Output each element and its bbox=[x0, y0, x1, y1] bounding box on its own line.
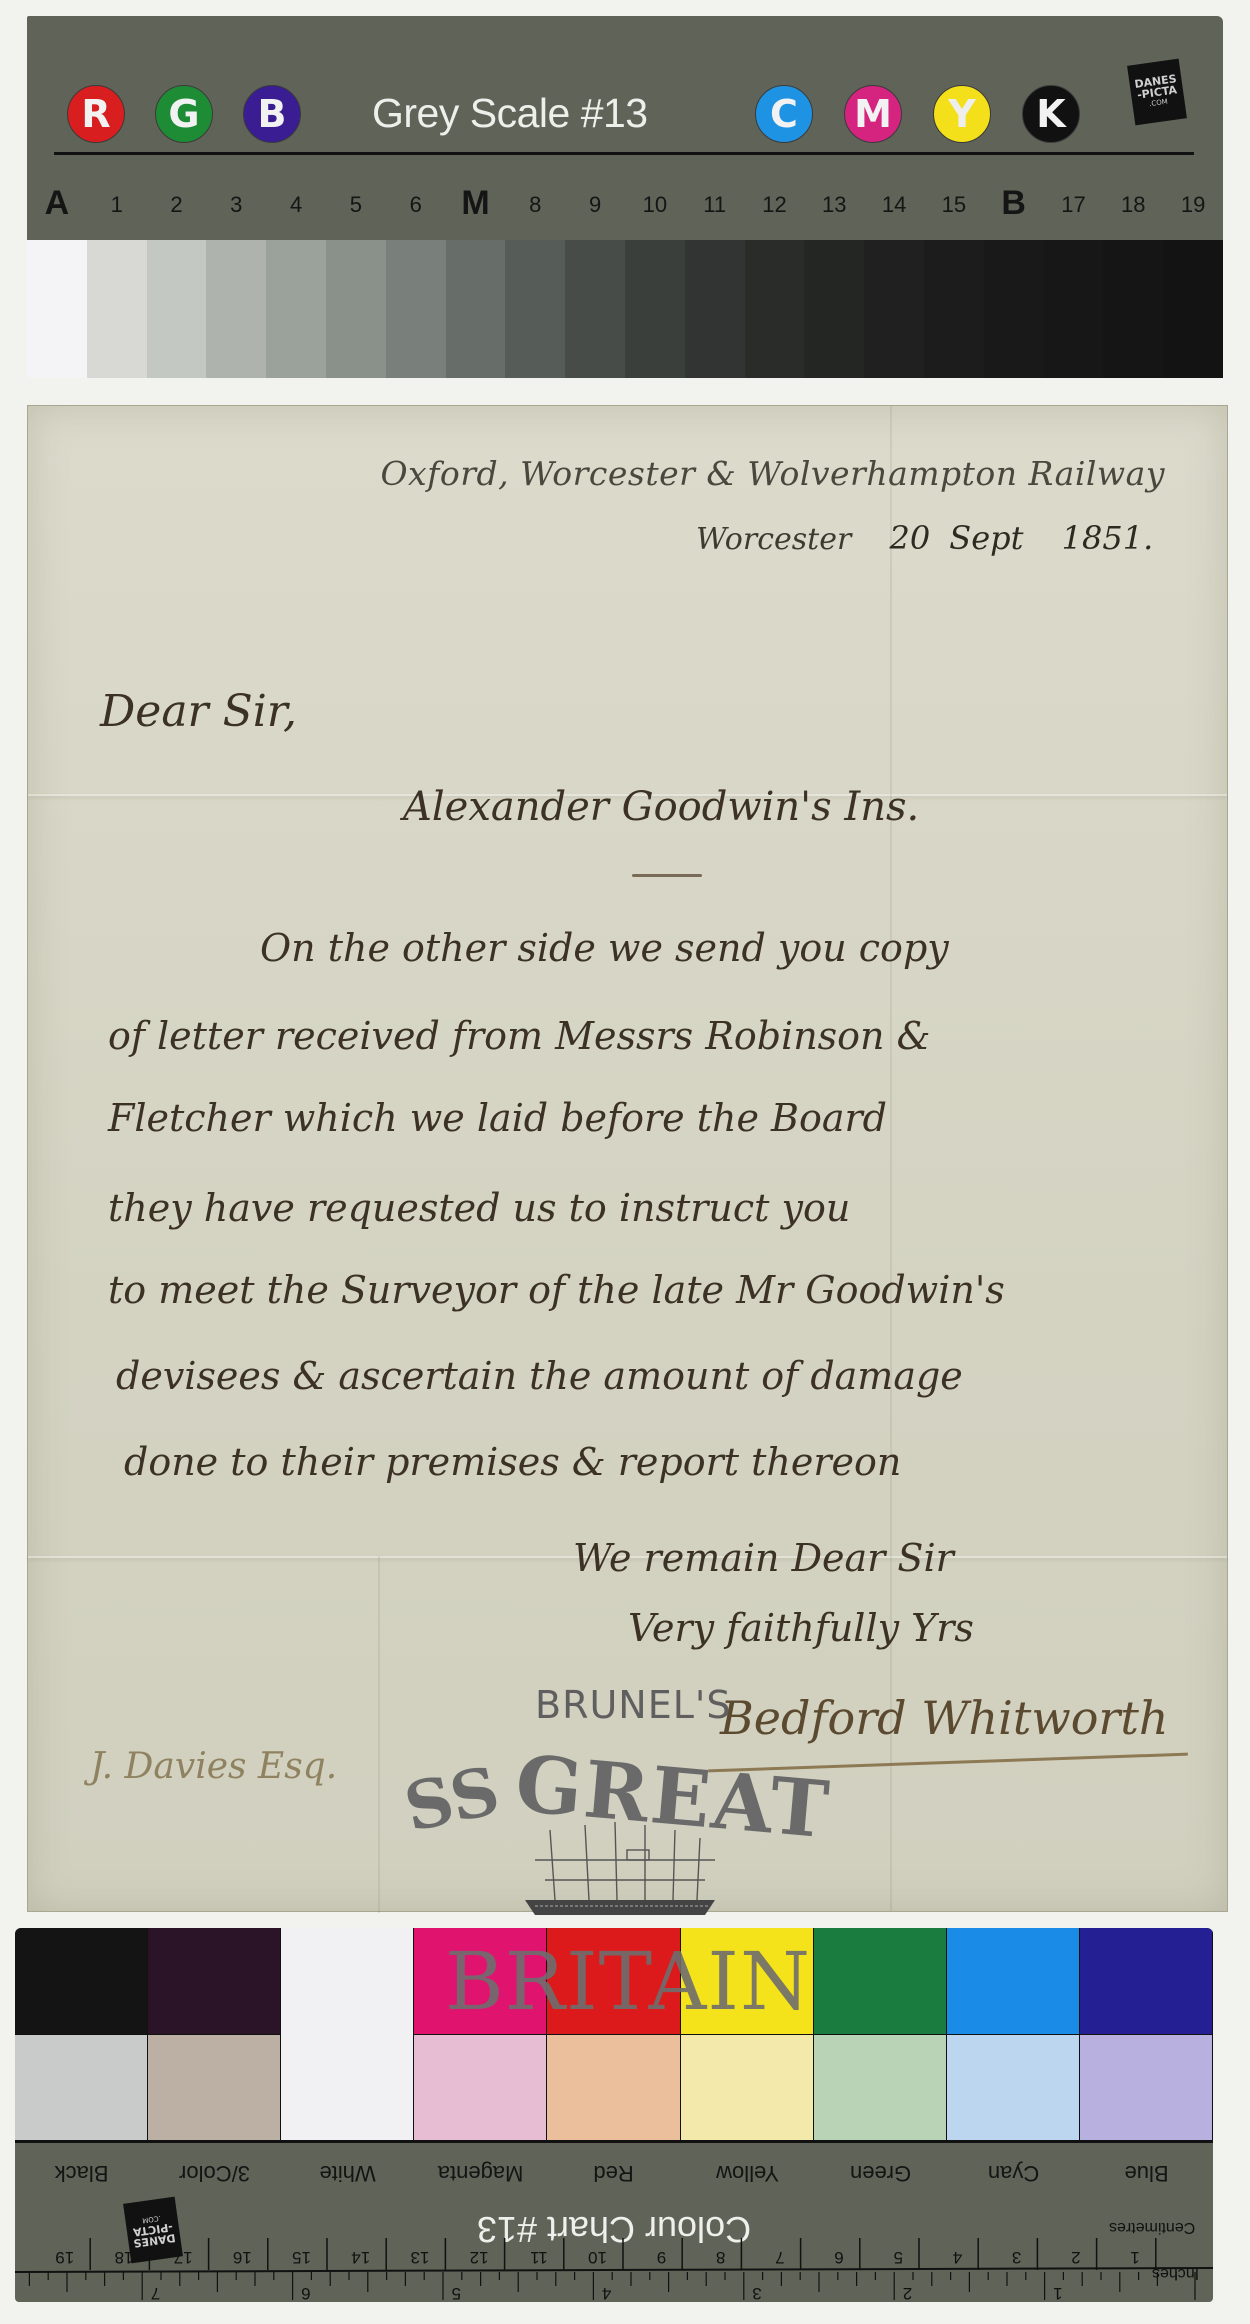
grey-scale-label: 19 bbox=[1181, 192, 1205, 218]
addressee: J. Davies Esq. bbox=[90, 1746, 337, 1787]
subject-underline bbox=[632, 874, 702, 877]
grey-scale-label: 8 bbox=[529, 192, 541, 218]
body-line: Fletcher which we laid before the Board bbox=[108, 1096, 887, 1140]
grey-swatch bbox=[1044, 240, 1104, 378]
closing-line: We remain Dear Sir bbox=[573, 1536, 954, 1580]
colour-swatch-black-solid bbox=[15, 1928, 148, 2035]
fold-crease bbox=[378, 1556, 380, 1913]
subject-line: Alexander Goodwin's Ins. bbox=[403, 784, 919, 830]
colour-swatch-red-tint bbox=[547, 2035, 680, 2142]
svg-text:11: 11 bbox=[530, 2248, 548, 2267]
grey-scale-label: 5 bbox=[350, 192, 362, 218]
cmyk-circle-m: M bbox=[844, 85, 902, 143]
colour-swatch-label: Red bbox=[547, 2146, 680, 2186]
svg-text:15: 15 bbox=[292, 2248, 311, 2267]
svg-text:3: 3 bbox=[1012, 2248, 1021, 2267]
grey-scale-label: 17 bbox=[1061, 192, 1085, 218]
svg-text:10: 10 bbox=[588, 2248, 607, 2267]
grey-swatch bbox=[625, 240, 685, 378]
svg-text:19: 19 bbox=[55, 2248, 74, 2267]
rgb-circle-b: B bbox=[243, 85, 301, 143]
watermark-brunels: BRUNEL'S bbox=[535, 1683, 731, 1727]
grey-scale-labels: A123456M89101112131415B171819 bbox=[27, 192, 1223, 242]
grey-swatch bbox=[864, 240, 924, 378]
letterhead: Oxford, Worcester & Wolverhampton Railwa… bbox=[380, 454, 1165, 493]
grey-scale-label: 11 bbox=[703, 192, 726, 218]
svg-text:16: 16 bbox=[233, 2248, 252, 2267]
date-day: 20 bbox=[889, 519, 930, 557]
body-line: devisees & ascertain the amount of damag… bbox=[116, 1354, 963, 1398]
svg-text:14: 14 bbox=[351, 2248, 370, 2267]
body-line: to meet the Surveyor of the late Mr Good… bbox=[108, 1268, 1005, 1312]
grey-swatch bbox=[147, 240, 207, 378]
colour-swatch-green-solid bbox=[814, 1928, 947, 2035]
grey-swatch bbox=[266, 240, 326, 378]
grey-scale-label: 6 bbox=[410, 192, 422, 218]
grey-scale-label: 3 bbox=[230, 192, 242, 218]
grey-swatch bbox=[27, 240, 87, 378]
svg-text:2: 2 bbox=[903, 2284, 912, 2302]
ship-icon bbox=[515, 1820, 725, 1920]
grey-swatch bbox=[1103, 240, 1163, 378]
grey-swatch bbox=[804, 240, 864, 378]
colour-swatch-label: Green bbox=[814, 2146, 947, 2186]
grey-swatch bbox=[386, 240, 446, 378]
grey-scale-label: 14 bbox=[882, 192, 906, 218]
grey-scale-label: M bbox=[461, 184, 489, 223]
colour-swatch-3-color-solid bbox=[148, 1928, 281, 2035]
grey-scale-title: Grey Scale #13 bbox=[372, 90, 648, 137]
grey-swatch bbox=[1163, 240, 1223, 378]
grey-swatch bbox=[206, 240, 266, 378]
grey-scale-strip bbox=[27, 240, 1223, 378]
colour-swatch-magenta-tint bbox=[414, 2035, 547, 2142]
colour-swatch-label: White bbox=[281, 2146, 414, 2186]
inches-label: Inches bbox=[1152, 2264, 1199, 2282]
colour-swatch-label: Black bbox=[15, 2146, 148, 2186]
colour-swatch-yellow-tint bbox=[681, 2035, 814, 2142]
grey-swatch bbox=[924, 240, 984, 378]
grey-swatch bbox=[685, 240, 745, 378]
grey-swatch bbox=[984, 240, 1044, 378]
grey-swatch bbox=[446, 240, 506, 378]
place: Worcester bbox=[696, 522, 851, 557]
grey-scale-label: B bbox=[1001, 184, 1026, 223]
colour-swatch-green-tint bbox=[814, 2035, 947, 2142]
divider-line bbox=[54, 152, 1194, 155]
body-line: done to their premises & report thereon bbox=[124, 1440, 901, 1484]
svg-text:6: 6 bbox=[301, 2284, 310, 2302]
date-month: Sept bbox=[949, 519, 1023, 557]
colour-swatch-label: Yellow bbox=[681, 2146, 814, 2186]
colour-swatch-black-tint bbox=[15, 2035, 148, 2142]
grey-scale-label: 10 bbox=[643, 192, 667, 218]
svg-text:8: 8 bbox=[716, 2248, 725, 2267]
colour-swatch-3-color-tint bbox=[148, 2035, 281, 2142]
colour-swatch-label: Cyan bbox=[947, 2146, 1080, 2186]
cmyk-circle-y: Y bbox=[933, 85, 991, 143]
grey-swatch bbox=[745, 240, 805, 378]
colour-swatch-blue-solid bbox=[1080, 1928, 1213, 2035]
grey-swatch bbox=[565, 240, 625, 378]
svg-text:17: 17 bbox=[174, 2248, 193, 2267]
svg-text:1: 1 bbox=[1053, 2284, 1062, 2302]
svg-text:4: 4 bbox=[602, 2284, 611, 2302]
signature: Bedford Whitworth bbox=[720, 1691, 1169, 1745]
body-line: of letter received from Messrs Robinson … bbox=[108, 1014, 930, 1058]
grey-scale-card: R G B Grey Scale #13 C M Y K DANES -PICT… bbox=[27, 16, 1223, 378]
svg-text:2: 2 bbox=[1071, 2248, 1080, 2267]
grey-scale-label: 4 bbox=[290, 192, 302, 218]
cmyk-circle-k: K bbox=[1022, 85, 1080, 143]
rgb-circle-g: G bbox=[155, 85, 213, 143]
date-year: 1851. bbox=[1062, 519, 1154, 557]
svg-text:5: 5 bbox=[894, 2248, 903, 2267]
colour-swatch-cyan-solid bbox=[947, 1928, 1080, 2035]
svg-text:6: 6 bbox=[834, 2248, 843, 2267]
dateline: Worcester 20 Sept 1851. bbox=[696, 519, 1153, 557]
svg-text:7: 7 bbox=[151, 2284, 160, 2302]
body-line: they have requested us to instruct you bbox=[108, 1186, 850, 1230]
grey-scale-label: A bbox=[45, 184, 70, 223]
svg-text:5: 5 bbox=[452, 2284, 461, 2302]
grey-scale-label: 1 bbox=[111, 192, 123, 218]
colour-swatch-label: Blue bbox=[1080, 2146, 1213, 2186]
colour-swatch-cyan-tint bbox=[947, 2035, 1080, 2142]
grey-scale-label: 9 bbox=[589, 192, 601, 218]
svg-text:3: 3 bbox=[752, 2284, 761, 2302]
salutation: Dear Sir, bbox=[100, 686, 297, 737]
svg-text:9: 9 bbox=[657, 2248, 666, 2267]
body-line: On the other side we send you copy bbox=[260, 926, 949, 970]
colour-swatch-labels: Black3/ColorWhiteMagentaRedYellowGreenCy… bbox=[15, 2146, 1213, 2186]
rgb-circle-r: R bbox=[67, 85, 125, 143]
svg-text:7: 7 bbox=[775, 2248, 784, 2267]
svg-text:4: 4 bbox=[953, 2248, 962, 2267]
grey-scale-label: 12 bbox=[762, 192, 786, 218]
grey-scale-label: 2 bbox=[170, 192, 182, 218]
colour-swatch-label: Magenta bbox=[414, 2146, 547, 2186]
svg-text:12: 12 bbox=[470, 2248, 489, 2267]
closing-line: Very faithfully Yrs bbox=[628, 1606, 974, 1650]
colour-swatch-label: 3/Color bbox=[148, 2146, 281, 2186]
centimetres-label: Centimetres bbox=[1109, 2218, 1195, 2236]
svg-text:13: 13 bbox=[410, 2248, 429, 2267]
watermark-britain: BRITAIN bbox=[445, 1935, 811, 2028]
grey-swatch bbox=[326, 240, 386, 378]
colour-swatch-white-solid bbox=[281, 1928, 414, 2141]
grey-swatch bbox=[505, 240, 565, 378]
ruler: 1234567891011121314151617181912345678 bbox=[15, 2236, 1213, 2302]
grey-swatch bbox=[87, 240, 147, 378]
colour-swatch-blue-tint bbox=[1080, 2035, 1213, 2142]
grey-scale-label: 18 bbox=[1121, 192, 1145, 218]
svg-text:1: 1 bbox=[1130, 2248, 1139, 2267]
danes-picta-logo: DANES -PICTA .COM bbox=[1127, 59, 1187, 126]
cmyk-circle-c: C bbox=[755, 85, 813, 143]
grey-scale-label: 15 bbox=[942, 192, 966, 218]
grey-scale-label: 13 bbox=[822, 192, 846, 218]
fold-crease bbox=[890, 406, 892, 1911]
svg-text:18: 18 bbox=[114, 2248, 133, 2267]
